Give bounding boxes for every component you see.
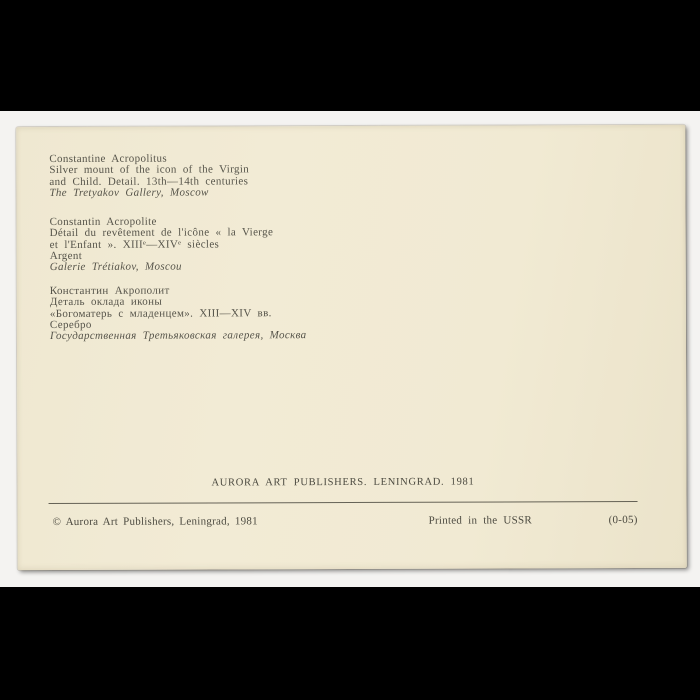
printed-in-ussr-line: Printed in the USSR xyxy=(429,514,532,526)
photo-background: Constantine Acropolitus Silver mount of … xyxy=(0,0,700,700)
print-code: (0-05) xyxy=(609,514,638,526)
divider-line xyxy=(49,501,638,504)
letterbox-top xyxy=(0,0,700,111)
letterbox-bottom xyxy=(0,587,700,700)
caption-line-italic: The Tretyakov Gallery, Moscow xyxy=(49,187,249,199)
publisher-line: AURORA ART PUBLISHERS. LENINGRAD. 1981 xyxy=(48,476,637,489)
caption-russian: Константин Акрополит Деталь оклада иконы… xyxy=(50,285,307,342)
postcard-back: Constantine Acropolitus Silver mount of … xyxy=(16,125,687,570)
caption-line-italic: Государственная Третьяковская галерея, М… xyxy=(50,330,307,342)
caption-english: Constantine Acropolitus Silver mount of … xyxy=(49,153,249,199)
caption-line: et l'Enfant ». XIIIᵉ—XIVᵉ siècles xyxy=(50,239,274,251)
caption-line-italic: Galerie Trétiakov, Moscou xyxy=(50,261,274,273)
caption-french: Constantin Acropolite Détail du revêteme… xyxy=(50,216,274,273)
copyright-line: © Aurora Art Publishers, Leningrad, 1981 xyxy=(53,515,258,528)
